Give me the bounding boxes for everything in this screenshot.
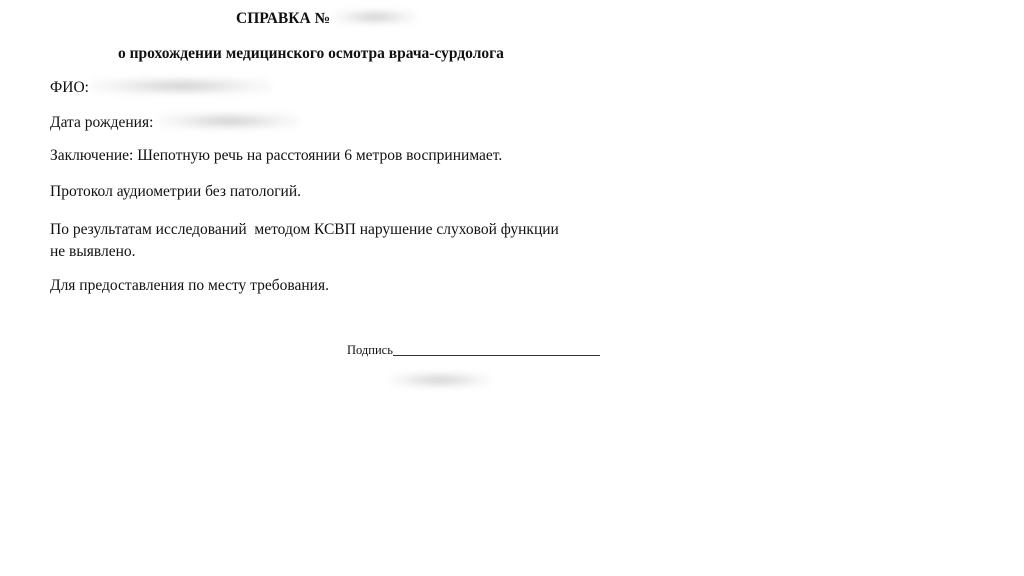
document-title: СПРАВКА №	[236, 10, 416, 28]
fio-label: ФИО:	[50, 79, 89, 96]
ksvp-line-1: По результатам исследований методом КСВП…	[50, 219, 559, 241]
document-subtitle: о прохождении медицинского осмотра врача…	[118, 45, 504, 63]
dob-label: Дата рождения:	[50, 114, 153, 131]
redacted-certificate-number	[334, 9, 416, 25]
redacted-dob-value	[159, 112, 299, 130]
redacted-fio-value	[91, 77, 271, 95]
fio-field: ФИО:	[50, 79, 271, 97]
conclusion-paragraph: Заключение: Шепотную речь на расстоянии …	[50, 147, 502, 165]
purpose-paragraph: Для предоставления по месту требования.	[50, 277, 329, 295]
signature-label: Подпись	[347, 343, 393, 358]
document-title-text: СПРАВКА №	[236, 10, 330, 27]
dob-field: Дата рождения:	[50, 114, 299, 132]
medical-certificate-document: СПРАВКА № о прохождении медицинского осм…	[0, 0, 1024, 576]
protocol-paragraph: Протокол аудиометрии без патологий.	[50, 183, 301, 201]
signature-row: Подпись	[347, 343, 600, 358]
redacted-signer-name	[390, 372, 490, 388]
ksvp-paragraph: По результатам исследований методом КСВП…	[50, 219, 559, 263]
ksvp-line-2: не выявлено.	[50, 241, 559, 263]
signature-line	[393, 345, 600, 356]
